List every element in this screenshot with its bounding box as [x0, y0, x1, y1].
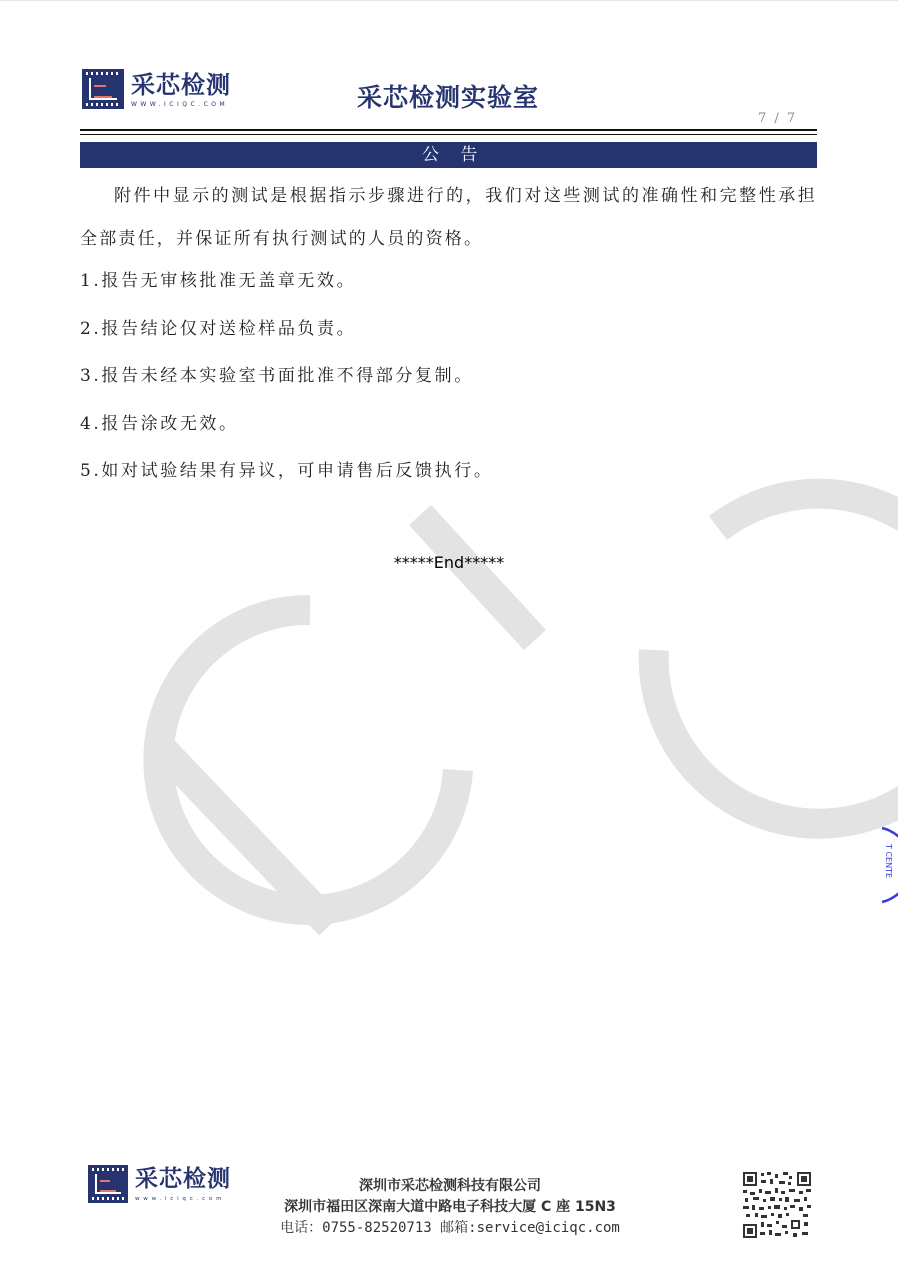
- page-top-edge: [0, 0, 898, 1]
- logo-url: WWW.ICIQC.COM: [131, 101, 231, 108]
- notice-item: 4.报告涂改无效。: [80, 405, 817, 453]
- footer-info: 深圳市采芯检测科技有限公司 深圳市福田区深南大道中路电子科技大厦 C 座 15N…: [245, 1176, 655, 1239]
- logo-name: 采芯检测: [131, 71, 231, 99]
- notice-item: 3.报告未经本实验室书面批准不得部分复制。: [80, 357, 817, 405]
- notice-heading-bar: 公 告: [80, 142, 817, 168]
- end-marker: *****End*****: [0, 553, 898, 572]
- notice-item: 5.如对试验结果有异议，可申请售后反馈执行。: [80, 452, 817, 500]
- footer-logo: 采芯检测 www.iciqc.com: [88, 1165, 231, 1203]
- header-divider-thin: [80, 134, 817, 135]
- notice-items: 1.报告无审核批准无盖章无效。 2.报告结论仅对送检样品负责。 3.报告未经本实…: [80, 262, 817, 500]
- chip-logo-icon: [82, 69, 124, 109]
- footer-contact: 电话：0755-82520713 邮箱:service@iciqc.com: [245, 1218, 655, 1239]
- footer-company: 深圳市采芯检测科技有限公司: [245, 1176, 655, 1197]
- header-divider-thick: [80, 129, 817, 131]
- svg-text:T CENTE: T CENTE: [884, 843, 893, 878]
- notice-item: 1.报告无审核批准无盖章无效。: [80, 262, 817, 310]
- logo-name: 采芯检测: [135, 1166, 231, 1193]
- header-logo: 采芯检测 WWW.ICIQC.COM: [82, 69, 231, 109]
- seal-stamp-icon: T CENTE: [872, 826, 898, 904]
- footer-address: 深圳市福田区深南大道中路电子科技大厦 C 座 15N3: [245, 1197, 655, 1218]
- qr-code-icon: [741, 1170, 813, 1240]
- notice-item: 2.报告结论仅对送检样品负责。: [80, 310, 817, 358]
- chip-logo-icon: [88, 1165, 128, 1203]
- document-title: 采芯检测实验室: [357, 78, 539, 114]
- notice-heading: 公 告: [422, 142, 485, 168]
- logo-url: www.iciqc.com: [135, 1196, 231, 1202]
- notice-intro: 附件中显示的测试是根据指示步骤进行的，我们对这些测试的准确性和完整性承担全部责任…: [80, 175, 817, 261]
- page-number: 7 / 7: [758, 111, 797, 126]
